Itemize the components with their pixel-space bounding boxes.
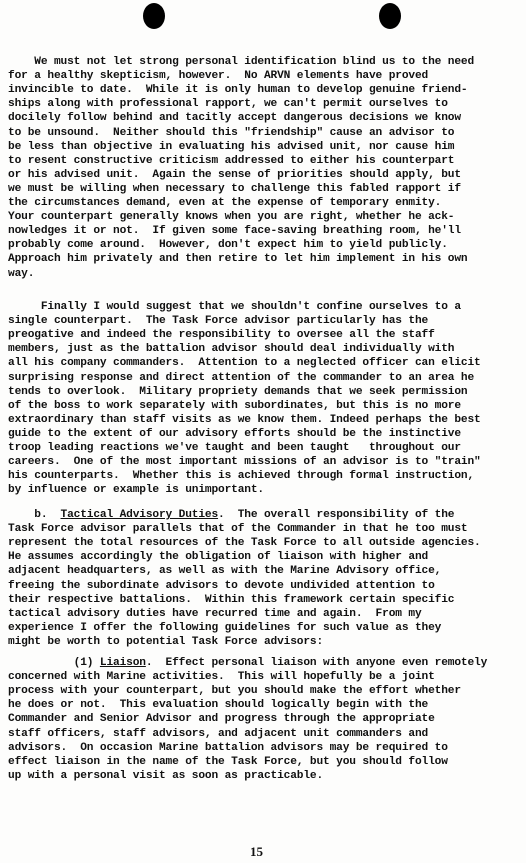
text-line: to resent constructive criticism address… [8,154,454,168]
text-line: their respective battalions. Within this… [8,593,454,607]
text-line: of the boss to work separately with subo… [8,399,461,413]
text-line: he does or not. This evaluation should l… [8,698,428,712]
text-line: process with your counterpart, but you s… [8,684,461,698]
text-line: to be unsound. Neither should this "frie… [8,126,454,140]
text-line: the circumstances demand, even at the ex… [8,196,441,210]
text-line: invincible to date. While it is only hum… [8,83,467,97]
text-line: Your counterpart generally knows when yo… [8,210,454,224]
paragraph-heading-line: b. Tactical Advisory Duties. The overall… [8,508,454,522]
text-line: effect liaison in the name of the Task F… [8,755,448,769]
text-line: up with a personal visit as soon as prac… [8,769,323,783]
text-line: be less than objective in evaluating his… [8,140,454,154]
text-line: ships along with professional rapport, w… [8,97,448,111]
text-line: tends to overlook. Military propriety de… [8,385,467,399]
text-line: extraordinary than staff visits as we kn… [8,413,481,427]
text-line: by influence or example is unimportant. [8,483,264,497]
text-line: members, just as the battalion advisor s… [8,342,454,356]
text-line: Approach him privately and then retire t… [8,252,467,266]
text-line: freeing the subordinate advisors to devo… [8,579,435,593]
text-line: we must be willing when necessary to cha… [8,182,461,196]
text-line: for a healthy skepticism, however. No AR… [8,69,428,83]
section-heading: Tactical Advisory Duties [61,509,219,521]
text-line: adjacent headquarters, as well as with t… [8,564,441,578]
text-line: Task Force advisor parallels that of the… [8,522,467,536]
text-line: or his advised unit. Again the sense of … [8,168,461,182]
text-line: surprising response and direct attention… [8,371,474,385]
paragraph-heading-line: (1) Liaison. Effect personal liaison wit… [8,656,487,670]
text-line: troop leading reactions we've taught and… [8,441,461,455]
heading-suffix: . The overall responsibility of the [218,509,454,521]
text-line: staff officers, staff advisors, and adja… [8,727,428,741]
punch-hole-right [379,3,401,29]
heading-suffix: . Effect personal liaison with anyone ev… [146,657,487,669]
text-line: experience I offer the following guideli… [8,621,441,635]
text-line: Finally I would suggest that we shouldn'… [8,300,461,314]
text-line: single counterpart. The Task Force advis… [8,314,428,328]
text-line: all his company commanders. Attention to… [8,356,481,370]
punch-hole-left [143,3,165,29]
text-line: advisors. On occasion Marine battalion a… [8,741,448,755]
text-line: probably come around. However, don't exp… [8,238,448,252]
text-line: He assumes accordingly the obligation of… [8,550,428,564]
heading-prefix: (1) [8,657,100,669]
text-line: represent the total resources of the Tas… [8,536,481,550]
page-number: 15 [250,844,263,860]
heading-prefix: b. [8,509,61,521]
document-page: We must not let strong personal identifi… [0,0,526,863]
text-line: docilely follow behind and tacitly accep… [8,111,461,125]
text-line: careers. One of the most important missi… [8,455,481,469]
text-line: We must not let strong personal identifi… [8,55,474,69]
text-line: way. [8,267,34,281]
text-line: might be worth to potential Task Force a… [8,635,323,649]
section-heading: Liaison [100,657,146,669]
text-line: Commander and Senior Advisor and progres… [8,712,435,726]
text-line: tactical advisory duties have recurred t… [8,607,422,621]
text-line: preogative and indeed the responsibility… [8,328,435,342]
text-line: concerned with Marine activities. This w… [8,670,435,684]
text-line: guide to the extent of our advisory effo… [8,427,461,441]
text-line: his counterparts. Whether this is achiev… [8,469,474,483]
text-line: nowledges it or not. If given some face-… [8,224,461,238]
